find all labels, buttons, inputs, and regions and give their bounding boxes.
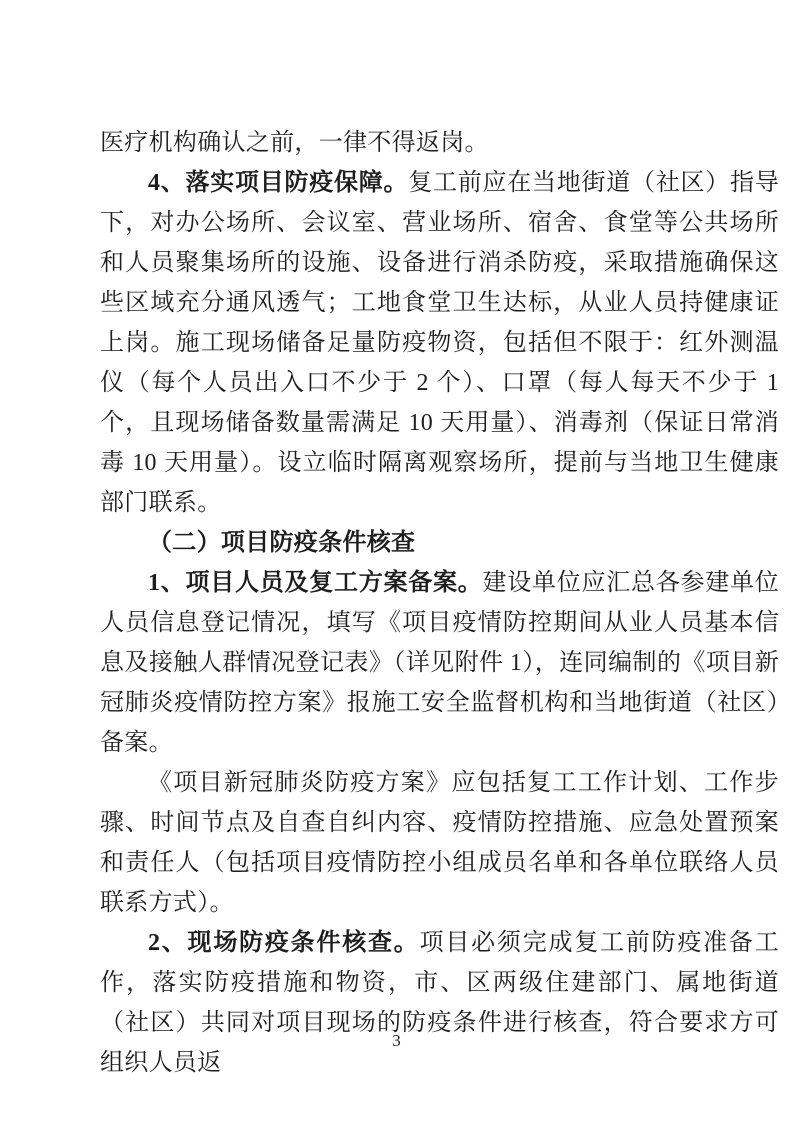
section-heading: （二）项目防疫条件核查 [100, 523, 779, 563]
paragraph: 医疗机构确认之前，一律不得返岗。 [100, 123, 779, 163]
paragraph: 4、落实项目防疫保障。复工前应在当地街道（社区）指导下，对办公场所、会议室、营业… [100, 163, 779, 523]
paragraph: 1、项目人员及复工方案备案。建设单位应汇总各参建单位人员信息登记情况，填写《项目… [100, 563, 779, 763]
paragraph: 《项目新冠肺炎防疫方案》应包括复工工作计划、工作步骤、时间节点及自查自纠内容、疫… [100, 763, 779, 923]
paragraph-text: 《项目新冠肺炎防疫方案》应包括复工工作计划、工作步骤、时间节点及自查自纠内容、疫… [100, 770, 779, 916]
paragraph-text: 建设单位应汇总各参建单位人员信息登记情况，填写《项目疫情防控期间从业人员基本信息… [100, 570, 779, 756]
paragraph-text: 复工前应在当地街道（社区）指导下，对办公场所、会议室、营业场所、宿舍、食堂等公共… [100, 170, 779, 516]
paragraph: 2、现场防疫条件核查。项目必须完成复工前防疫准备工作，落实防疫措施和物资，市、区… [100, 923, 779, 1083]
paragraph-lead: 4、落实项目防疫保障。 [148, 170, 408, 196]
paragraph-lead: 2、现场防疫条件核查。 [148, 930, 420, 956]
document-page: 医疗机构确认之前，一律不得返岗。 4、落实项目防疫保障。复工前应在当地街道（社区… [0, 0, 793, 1122]
paragraph-lead: 1、项目人员及复工方案备案。 [148, 570, 482, 596]
page-number: 3 [0, 1030, 793, 1052]
document-body: 医疗机构确认之前，一律不得返岗。 4、落实项目防疫保障。复工前应在当地街道（社区… [100, 123, 779, 1083]
paragraph-text: 医疗机构确认之前，一律不得返岗。 [100, 130, 489, 156]
paragraph-lead: （二）项目防疫条件核查 [148, 530, 415, 556]
